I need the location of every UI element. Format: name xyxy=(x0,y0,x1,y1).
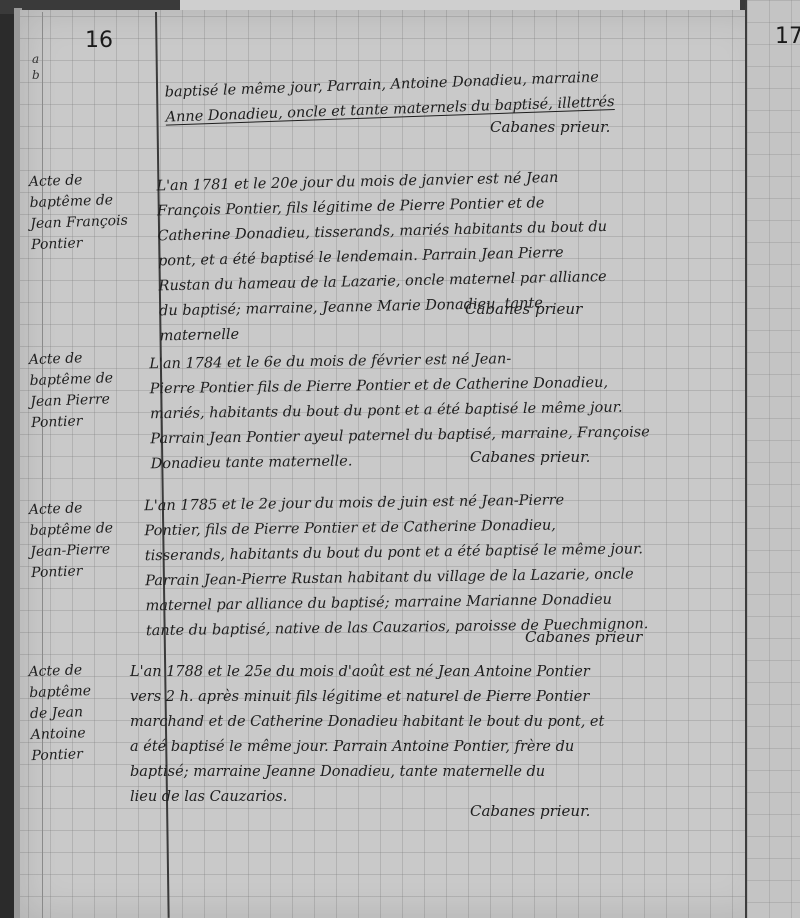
page-number: 16 xyxy=(85,28,113,53)
text-line: L'an 1788 et le 25e du mois d'août est n… xyxy=(130,660,740,685)
loose-sheet-edge xyxy=(180,0,740,10)
entry-1-text: L'an 1781 et le 20e jour du mois de janv… xyxy=(156,162,770,350)
text-line: lieu de las Cauzarios. xyxy=(130,785,740,810)
entry-4-text: L'an 1788 et le 25e du mois d'août est n… xyxy=(130,660,740,810)
margin-title-entry-2: Acte de baptême de Jean Pierre Pontier xyxy=(29,346,152,434)
signature: Cabanes prieur xyxy=(525,628,642,646)
signature: Cabanes prieur. xyxy=(470,802,590,820)
text-line: marchand et de Catherine Donadieu habita… xyxy=(130,710,740,735)
signature: Cabanes prieur. xyxy=(490,118,610,136)
signature: Cabanes prieur. xyxy=(470,448,590,466)
stub-letter: b xyxy=(32,66,40,84)
entry-3-text: L'an 1785 et le 2e jour du mois de juin … xyxy=(144,486,756,645)
text-line: vers 2 h. après minuit fils légitime et … xyxy=(130,685,740,710)
margin-title-entry-1: Acte de baptême de Jean François Pontier xyxy=(29,168,152,256)
entry-2-text: L'an 1784 et le 6e du mois de février es… xyxy=(149,344,761,478)
text-line: a été baptisé le même jour. Parrain Anto… xyxy=(130,735,740,760)
margin-title-entry-3: Acte de baptême de Jean-Pierre Pontier xyxy=(29,496,152,584)
facing-page-number: 17 xyxy=(775,24,800,49)
text-line: baptisé; marraine Jeanne Donadieu, tante… xyxy=(130,760,740,785)
gutter-line xyxy=(42,12,43,918)
signature: Cabanes prieur xyxy=(465,300,582,318)
